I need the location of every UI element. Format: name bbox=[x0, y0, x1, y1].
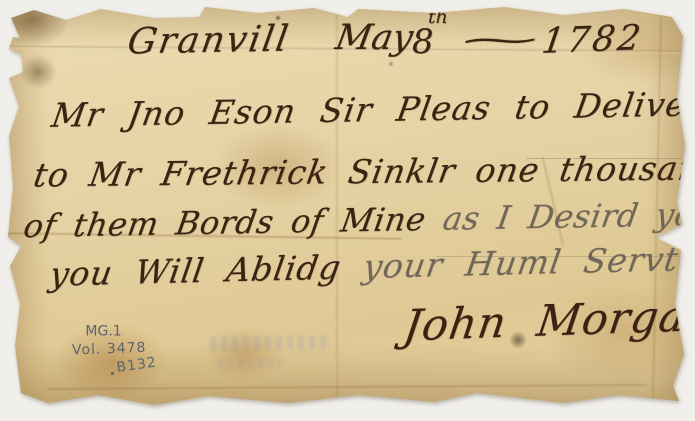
signature: John Morgan bbox=[403, 291, 695, 352]
dateline-flourish: ~ bbox=[454, 26, 476, 56]
pencil-dot bbox=[111, 372, 114, 375]
archive-reference-pencil: MG.1 Vol. 3478 B132 bbox=[69, 323, 157, 376]
stamp-bleedthrough-line1 bbox=[210, 335, 326, 351]
archive-mark-item: B132 bbox=[116, 354, 158, 376]
letter-paper-wrap: Granvill May th 8 ~ 1782 Mr Jno Eson Sir… bbox=[6, 4, 688, 408]
dateline-place: Granvill bbox=[128, 19, 290, 63]
body-line-3-text: of them Bords of Mine bbox=[21, 200, 429, 245]
body-line-2-text: to Mr Frethrick Sinklr one thousan bbox=[31, 148, 695, 194]
body-line-2: to Mr Frethrick Sinklr one thousan bbox=[34, 149, 695, 195]
body-line-4: you Will Ablidg your Huml Servt bbox=[50, 239, 680, 293]
stamp-bleedthrough-line2 bbox=[218, 357, 282, 368]
body-line-1-text: Mr Jno Eson Sir Pleas to Deliver bbox=[49, 84, 695, 134]
dateline-month: May bbox=[336, 18, 412, 58]
letter-paper: Granvill May th 8 ~ 1782 Mr Jno Eson Sir… bbox=[6, 4, 688, 408]
scanned-letter: Granvill May th 8 ~ 1782 Mr Jno Eson Sir… bbox=[0, 0, 695, 421]
dateline-year: 1782 bbox=[541, 18, 643, 62]
body-line-3-faded-text: as I Desird you bbox=[440, 195, 695, 238]
body-line-4-faded-text: your Huml Servt bbox=[361, 239, 682, 286]
body-line-4-text: you Will Ablidg bbox=[47, 247, 344, 293]
archive-mark-collection: MG.1 bbox=[85, 324, 155, 341]
fold-crease-bottom bbox=[47, 384, 647, 390]
dateline-day: th 8 bbox=[412, 10, 448, 59]
dateline-day-number: 8 bbox=[412, 25, 434, 59]
body-line-3: of them Bords of Mine as I Desird you bbox=[24, 195, 695, 245]
dateline: Granvill May th 8 ~ 1782 bbox=[6, 4, 688, 74]
signature-text: John Morgan bbox=[401, 290, 695, 351]
body-line-1: Mr Jno Eson Sir Pleas to Deliver bbox=[52, 84, 695, 134]
